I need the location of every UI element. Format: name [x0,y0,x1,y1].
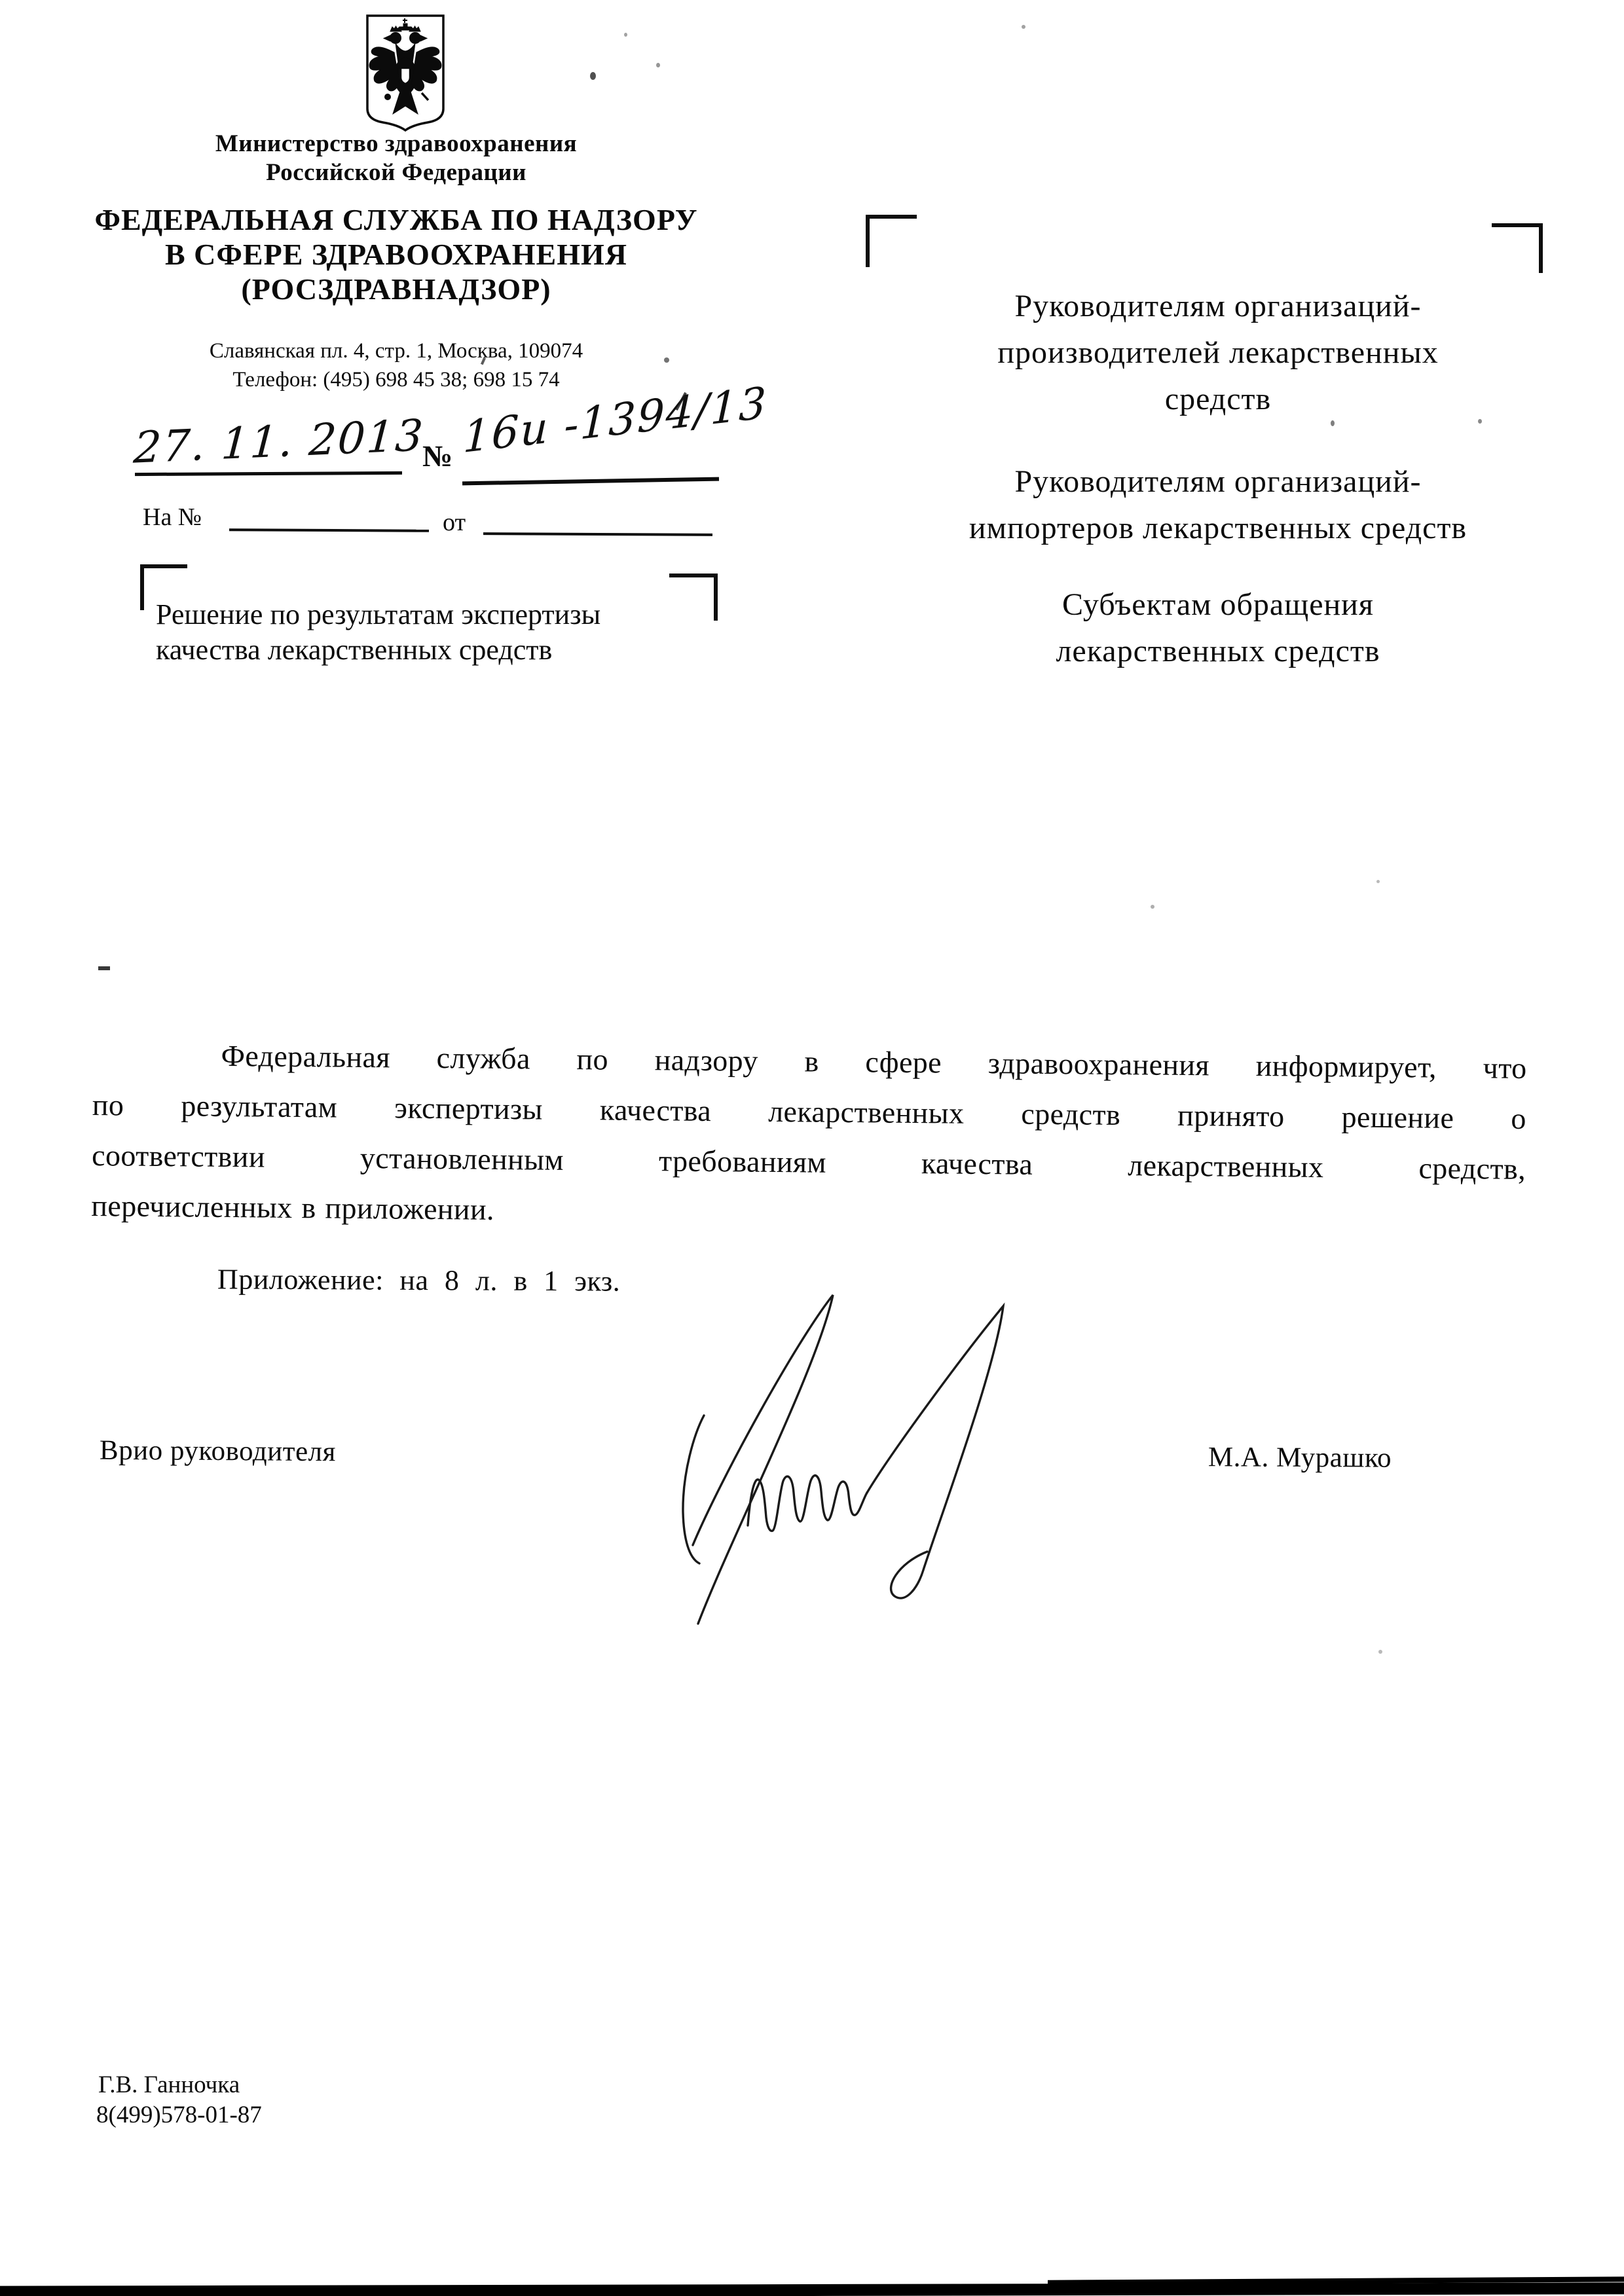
addressee-block-2: Руководителям организаций- импортеров ле… [891,458,1545,551]
addressee-1-line1: Руководителям организаций- [891,283,1545,329]
letterhead-phone: Телефон: (495) 698 45 38; 698 15 74 [65,365,727,394]
addressee-block-1: Руководителям организаций- производителе… [891,283,1545,422]
scan-speckle [664,357,669,363]
addressee-3-line2: лекарственных средств [891,628,1545,674]
scan-speckle [1331,420,1335,426]
scan-artifact-corner-blob [0,2289,85,2296]
scan-speckle [1376,880,1380,883]
handwritten-signature [648,1277,1028,1643]
signer-name: М.А. Мурашко [1208,1441,1392,1474]
addressee-corner-bracket-right [1492,223,1543,273]
addressee-2-line2: импортеров лекарственных средств [891,505,1545,551]
addressee-1-line3: средств [891,376,1545,422]
ministry-name-line1: Министерство здравоохранения [65,130,727,158]
addressee-block-3: Субъектам обращения лекарственных средст… [891,581,1545,674]
contact-person-phone: 8(499)578-01-87 [96,2100,262,2130]
reply-number-blank [229,528,429,532]
reply-date-blank [483,532,712,536]
date-underline [135,471,402,476]
service-name-line3: (РОСЗДРАВНАДЗОР) [65,272,727,306]
ministry-name-line2: Российской Федерации [65,158,727,187]
addressee-3-line1: Субъектам обращения [891,581,1545,628]
scan-speckle [656,63,660,67]
scan-speckle [624,33,627,37]
subject-text: Решение по результатам экспертизы качест… [156,597,693,668]
coat-of-arms-icon [364,13,447,132]
signer-position-title: Врио руководителя [100,1434,336,1468]
subject-line2: качества лекарственных средств [156,632,693,668]
addressee-corner-bracket-left [866,215,917,267]
scan-speckle [1022,25,1025,29]
addressee-2-line1: Руководителям организаций- [891,458,1545,505]
scan-speckle [1151,905,1154,909]
scan-speckle [1378,1650,1382,1654]
subject-line1: Решение по результатам экспертизы [156,597,693,632]
addressee-1-line2: производителей лекарственных [891,329,1545,376]
outgoing-date-handwritten: 27. 11. 2013 [132,410,426,473]
reply-to-label: На № [143,503,202,532]
service-name-line1: ФЕДЕРАЛЬНАЯ СЛУЖБА ПО НАДЗОРУ [65,203,727,237]
number-sign: № [422,439,452,473]
number-underline [462,477,719,486]
scan-artifact-bottom-bar [0,2282,1624,2296]
service-name-line2: В СФЕРЕ ЗДРАВООХРАНЕНИЯ [65,238,727,272]
scan-speckle [1478,419,1482,424]
body-paragraph: Федеральная служба по надзору в сфере зд… [91,1029,1527,1245]
contact-person-name: Г.В. Ганночка [98,2070,240,2100]
letterhead-address: Славянская пл. 4, стр. 1, Москва, 109074 [65,337,727,365]
scan-speckle [98,966,110,970]
scan-speckle [590,72,596,80]
reply-from-label: от [443,508,466,537]
attachment-note: Приложение: на 8 л. в 1 экз. [217,1262,621,1298]
scanned-letter-page: Министерство здравоохранения Российской … [0,0,1624,2296]
